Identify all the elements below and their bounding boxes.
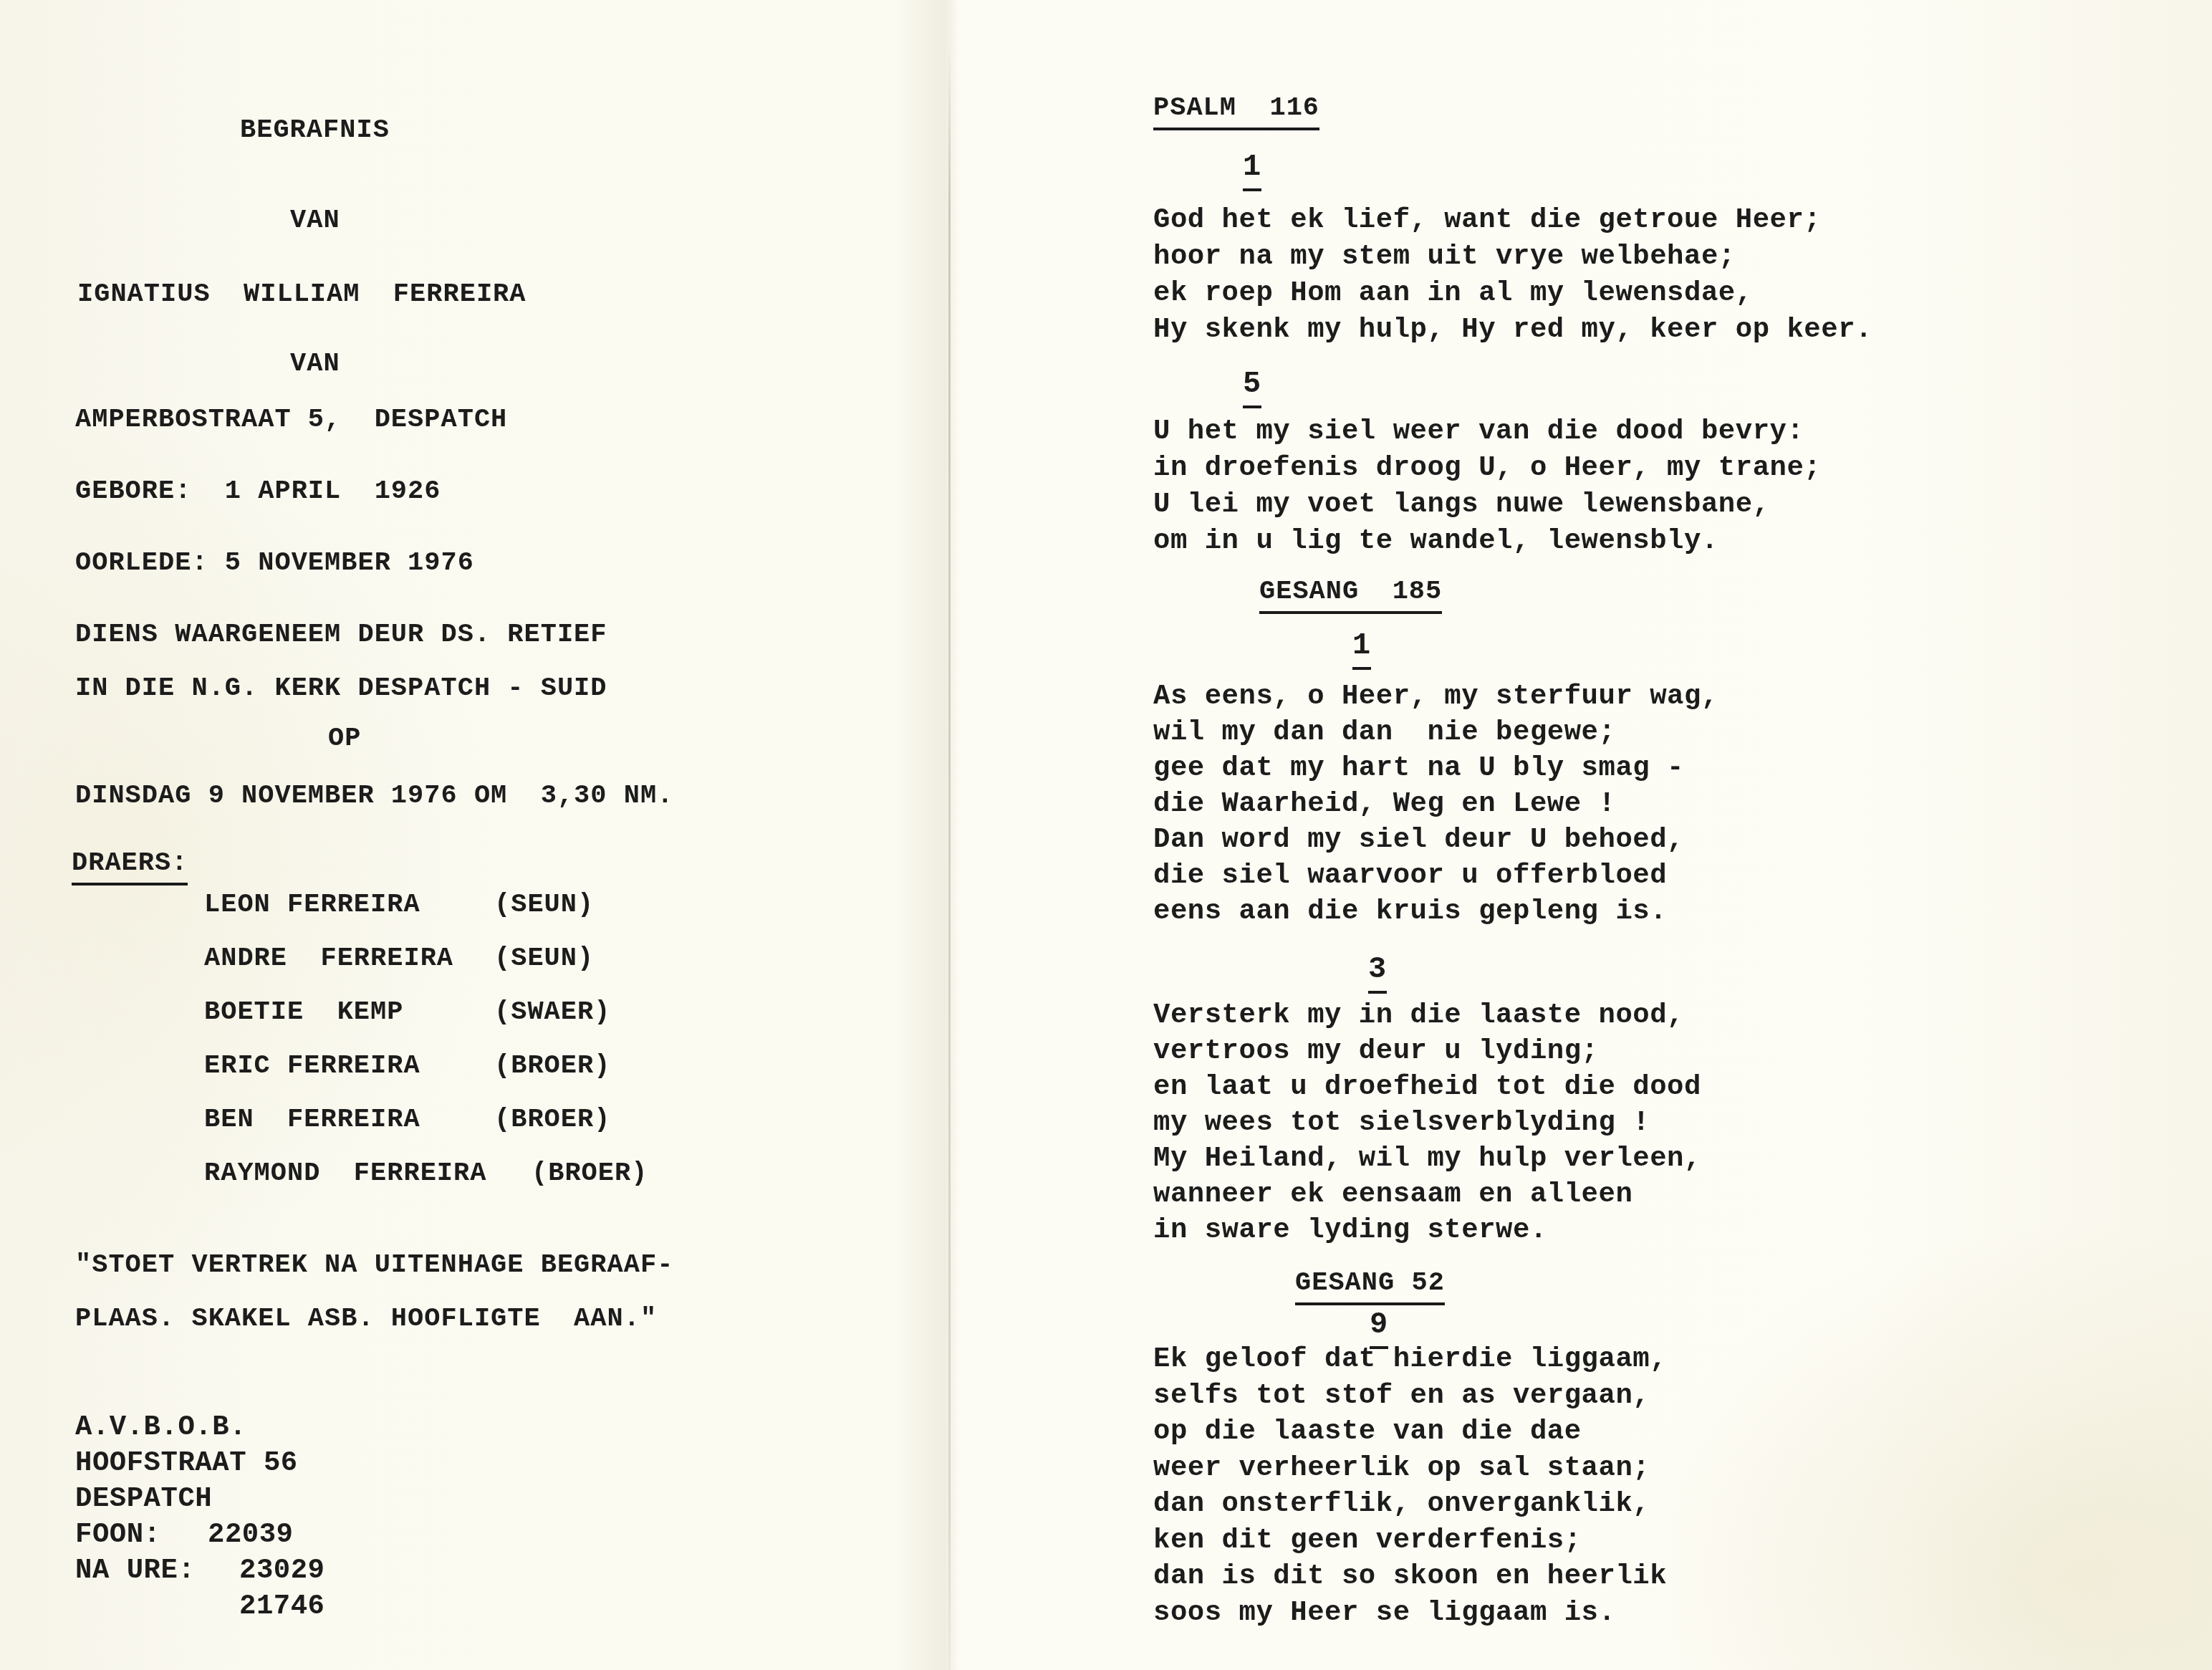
bearer-name: RAYMOND FERREIRA (204, 1161, 486, 1187)
bearer-name: LEON FERREIRA (204, 892, 420, 918)
phone-label: FOON: (75, 1521, 161, 1549)
hymn-heading-text: PSALM 116 (1153, 93, 1319, 130)
hymn-line: wanneer ek eensaam en alleen (1153, 1181, 1632, 1209)
hymn-line: ken dit geen verderfenis; (1153, 1527, 1582, 1555)
hymn-line: Hy skenk my hulp, Hy red my, keer op kee… (1153, 316, 1872, 344)
document-title: BEGRAFNIS (240, 117, 390, 144)
hymn-heading-text: GESANG 185 (1259, 577, 1442, 614)
page-fold-line (948, 43, 951, 1670)
hymn-line: Dan word my siel deur U behoed, (1153, 826, 1684, 854)
hymn-line: en laat u droefheid tot die dood (1153, 1073, 1701, 1101)
hymn-line: die Waarheid, Weg en Lewe ! (1153, 790, 1615, 818)
hymn-line: vertroos my deur u lyding; (1153, 1037, 1599, 1065)
bearer-name: ANDRE FERREIRA (204, 946, 453, 972)
hymn-line: weer verheerlik op sal staan; (1153, 1454, 1650, 1482)
hymn-line: gee dat my hart na U bly smag - (1153, 754, 1684, 782)
verse-number-text: 5 (1243, 367, 1261, 408)
bearer-name: BEN FERREIRA (204, 1107, 420, 1133)
hymn-heading: GESANG 52 (1295, 1270, 1445, 1297)
bearer-relation: (BROER) (532, 1161, 648, 1187)
bearer-relation: (BROER) (494, 1107, 610, 1133)
verse-number: 1 (1243, 152, 1261, 182)
hymn-heading: PSALM 116 (1153, 95, 1319, 122)
hymn-line: As eens, o Heer, my sterfuur wag, (1153, 683, 1718, 711)
op-label: OP (328, 726, 361, 752)
hymn-line: soos my Heer se liggaam is. (1153, 1599, 1615, 1627)
verse-number-text: 1 (1352, 628, 1371, 670)
verse-number: 1 (1352, 630, 1371, 661)
undertaker-name: A.V.B.O.B. (75, 1414, 246, 1441)
procession-notice-line-2: PLAAS. SKAKEL ASB. HOOFLIGTE AAN." (75, 1306, 657, 1333)
bearer-name: BOETIE KEMP (204, 999, 403, 1026)
hymn-heading-text: GESANG 52 (1295, 1268, 1445, 1305)
verse-number: 3 (1368, 954, 1387, 984)
undertaker-town: DESPATCH (75, 1485, 212, 1513)
bearer-relation: (SWAER) (494, 999, 610, 1026)
verse-number-text: 3 (1368, 952, 1387, 994)
hymn-line: in droefenis droog U, o Heer, my trane; (1153, 454, 1821, 482)
undertaker-street: HOOFSTRAAT 56 (75, 1449, 298, 1477)
after-hours-number-1: 23029 (239, 1557, 325, 1585)
verse-number-text: 1 (1243, 150, 1261, 191)
deceased-name: IGNATIUS WILLIAM FERREIRA (77, 282, 526, 308)
after-hours-label: NA URE: (75, 1557, 195, 1585)
phone-number: 22039 (208, 1521, 294, 1549)
bearer-relation: (SEUN) (494, 892, 594, 918)
death-date: OORLEDE: 5 NOVEMBER 1976 (75, 550, 474, 577)
service-church: IN DIE N.G. KERK DESPATCH - SUID (75, 676, 607, 702)
hymn-line: Versterk my in die laaste nood, (1153, 1002, 1684, 1030)
bearer-relation: (SEUN) (494, 946, 594, 972)
van-label-1: VAN (290, 208, 340, 234)
hymn-line: Ek geloof dat hierdie liggaam, (1153, 1345, 1667, 1373)
hymn-line: dan is dit so skoon en heerlik (1153, 1563, 1667, 1590)
birth-date: GEBORE: 1 APRIL 1926 (75, 479, 441, 505)
hymn-heading: GESANG 185 (1259, 579, 1442, 605)
hymn-line: wil my dan dan nie begewe; (1153, 719, 1615, 747)
hymn-line: U lei my voet langs nuwe lewensbane, (1153, 491, 1770, 519)
hymn-line: op die laaste van die dae (1153, 1418, 1582, 1446)
hymn-line: My Heiland, wil my hulp verleen, (1153, 1145, 1701, 1173)
hymn-line: die siel waarvoor u offerbloed (1153, 862, 1667, 890)
bearer-relation: (BROER) (494, 1053, 610, 1080)
verse-number: 9 (1370, 1310, 1388, 1340)
hymn-line: hoor na my stem uit vrye welbehae; (1153, 243, 1736, 271)
hymn-line: my wees tot sielsverblyding ! (1153, 1109, 1650, 1137)
bearers-heading: DRAERS: (72, 850, 188, 877)
bearers-heading-text: DRAERS: (72, 848, 188, 886)
hymn-line: dan onsterflik, onverganklik, (1153, 1490, 1650, 1518)
hymn-line: U het my siel weer van die dood bevry: (1153, 418, 1804, 446)
van-label-2: VAN (290, 351, 340, 378)
hymn-line: ek roep Hom aan in al my lewensdae, (1153, 279, 1753, 307)
hymn-line: eens aan die kruis gepleng is. (1153, 898, 1667, 926)
after-hours-number-2: 21746 (239, 1593, 325, 1621)
hymn-line: God het ek lief, want die getroue Heer; (1153, 206, 1821, 234)
hymn-line: om in u lig te wandel, lewensbly. (1153, 527, 1718, 555)
deceased-address: AMPERBOSTRAAT 5, DESPATCH (75, 407, 507, 433)
verse-number: 5 (1243, 369, 1261, 399)
service-date: DINSDAG 9 NOVEMBER 1976 OM 3,30 NM. (75, 783, 673, 810)
hymn-line: in sware lyding sterwe. (1153, 1216, 1547, 1244)
paper-background (0, 0, 2212, 1670)
service-officiant: DIENS WAARGENEEM DEUR DS. RETIEF (75, 622, 607, 648)
procession-notice-line-1: "STOET VERTREK NA UITENHAGE BEGRAAF- (75, 1252, 673, 1279)
hymn-line: selfs tot stof en as vergaan, (1153, 1382, 1650, 1410)
bearer-name: ERIC FERREIRA (204, 1053, 420, 1080)
